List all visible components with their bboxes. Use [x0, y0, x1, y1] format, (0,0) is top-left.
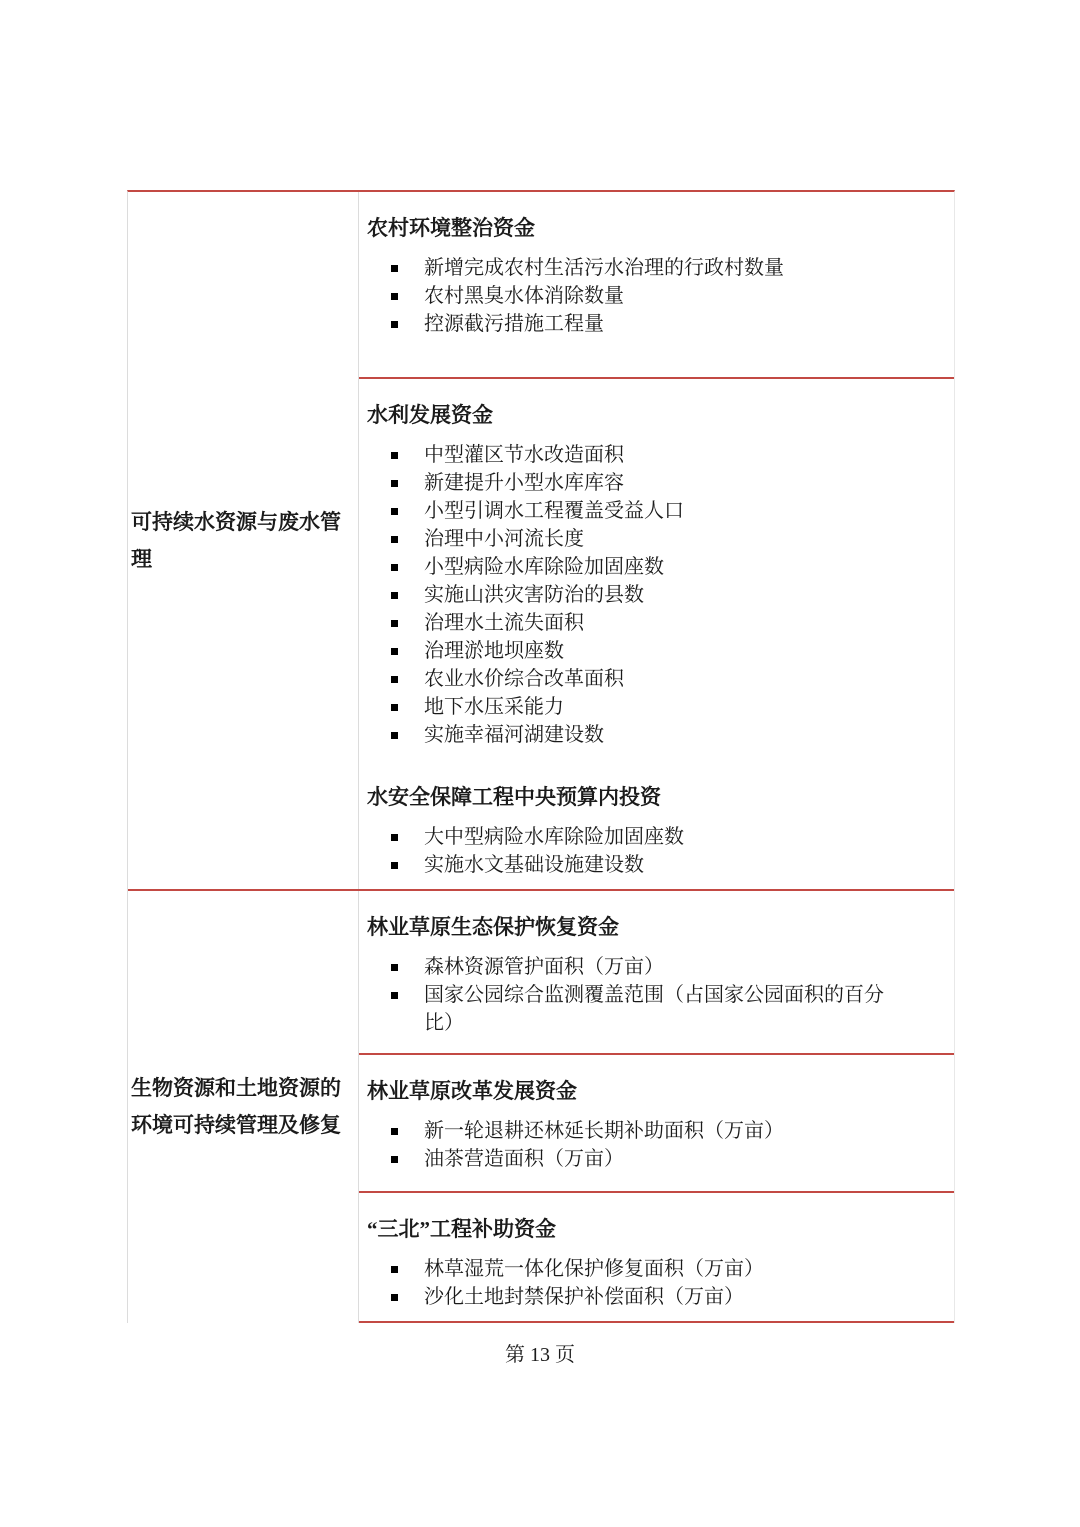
- fund-title: 农村环境整治资金: [367, 214, 940, 242]
- funds-column: 林业草原生态保护恢复资金森林资源管护面积（万亩）国家公园综合监测覆盖范围（占国家…: [359, 891, 954, 1323]
- indicator-list: 中型灌区节水改造面积新建提升小型水库库容小型引调水工程覆盖受益人口治理中小河流长…: [367, 441, 940, 749]
- indicator-list: 大中型病险水库除险加固座数实施水文基础设施建设数: [367, 823, 940, 879]
- funds-column: 农村环境整治资金新增完成农村生活污水治理的行政村数量农村黑臭水体消除数量控源截污…: [359, 192, 954, 889]
- fund-section: 林业草原改革发展资金新一轮退耕还林延长期补助面积（万亩）油茶营造面积（万亩）: [367, 1077, 940, 1173]
- fund-title: 水安全保障工程中央预算内投资: [367, 783, 940, 811]
- indicator-item: 实施水文基础设施建设数: [391, 851, 940, 879]
- indicator-text: 实施水文基础设施建设数: [424, 851, 644, 879]
- bullet-square-icon: [391, 648, 398, 655]
- indicator-item: 小型引调水工程覆盖受益人口: [391, 497, 940, 525]
- indicator-item: 农村黑臭水体消除数量: [391, 282, 940, 310]
- fund-title: “三北”工程补助资金: [367, 1215, 940, 1243]
- category-label: 可持续水资源与废水管理: [131, 504, 344, 578]
- indicator-text: 新增完成农村生活污水治理的行政村数量: [424, 254, 784, 282]
- category-label: 生物资源和土地资源的环境可持续管理及修复: [131, 1070, 344, 1144]
- bullet-square-icon: [391, 508, 398, 515]
- indicator-text: 小型引调水工程覆盖受益人口: [424, 497, 684, 525]
- indicator-item: 中型灌区节水改造面积: [391, 441, 940, 469]
- bullet-square-icon: [391, 265, 398, 272]
- indicator-text: 中型灌区节水改造面积: [424, 441, 624, 469]
- bullet-square-icon: [391, 480, 398, 487]
- indicator-text: 农村黑臭水体消除数量: [424, 282, 624, 310]
- indicator-text: 国家公园综合监测覆盖范围（占国家公园面积的百分比）: [424, 981, 894, 1037]
- indicator-text: 森林资源管护面积（万亩）: [424, 953, 664, 981]
- bullet-square-icon: [391, 862, 398, 869]
- indicator-item: 油茶营造面积（万亩）: [391, 1145, 940, 1173]
- indicator-item: 农业水价综合改革面积: [391, 665, 940, 693]
- bullet-square-icon: [391, 964, 398, 971]
- indicator-item: 控源截污措施工程量: [391, 310, 940, 338]
- bullet-square-icon: [391, 620, 398, 627]
- indicator-text: 大中型病险水库除险加固座数: [424, 823, 684, 851]
- bullet-square-icon: [391, 1294, 398, 1301]
- fund-section: 农村环境整治资金新增完成农村生活污水治理的行政村数量农村黑臭水体消除数量控源截污…: [367, 214, 940, 338]
- indicator-item: 林草湿荒一体化保护修复面积（万亩）: [391, 1255, 940, 1283]
- indicator-item: 新一轮退耕还林延长期补助面积（万亩）: [391, 1117, 940, 1145]
- bullet-square-icon: [391, 321, 398, 328]
- indicator-item: 沙化土地封禁保护补偿面积（万亩）: [391, 1283, 940, 1311]
- indicator-text: 沙化土地封禁保护补偿面积（万亩）: [424, 1283, 744, 1311]
- indicator-item: 大中型病险水库除险加固座数: [391, 823, 940, 851]
- indicator-text: 油茶营造面积（万亩）: [424, 1145, 624, 1173]
- table-row: 可持续水资源与废水管理农村环境整治资金新增完成农村生活污水治理的行政村数量农村黑…: [128, 192, 954, 889]
- indicator-item: 实施幸福河湖建设数: [391, 721, 940, 749]
- indicator-table: 可持续水资源与废水管理农村环境整治资金新增完成农村生活污水治理的行政村数量农村黑…: [127, 190, 955, 1323]
- bullet-square-icon: [391, 592, 398, 599]
- bullet-square-icon: [391, 834, 398, 841]
- indicator-item: 国家公园综合监测覆盖范围（占国家公园面积的百分比）: [391, 981, 940, 1037]
- indicator-text: 治理水土流失面积: [424, 609, 584, 637]
- indicator-item: 森林资源管护面积（万亩）: [391, 953, 940, 981]
- indicator-item: 治理水土流失面积: [391, 609, 940, 637]
- fund-section: 水安全保障工程中央预算内投资大中型病险水库除险加固座数实施水文基础设施建设数: [367, 783, 940, 879]
- indicator-item: 治理中小河流长度: [391, 525, 940, 553]
- fund-section: “三北”工程补助资金林草湿荒一体化保护修复面积（万亩）沙化土地封禁保护补偿面积（…: [367, 1215, 940, 1311]
- fund-cell: 林业草原生态保护恢复资金森林资源管护面积（万亩）国家公园综合监测覆盖范围（占国家…: [359, 891, 954, 1053]
- indicator-item: 新建提升小型水库库容: [391, 469, 940, 497]
- indicator-item: 地下水压采能力: [391, 693, 940, 721]
- indicator-text: 实施山洪灾害防治的县数: [424, 581, 644, 609]
- indicator-text: 治理中小河流长度: [424, 525, 584, 553]
- bullet-square-icon: [391, 732, 398, 739]
- indicator-item: 治理淤地坝座数: [391, 637, 940, 665]
- indicator-text: 治理淤地坝座数: [424, 637, 564, 665]
- fund-section: 水利发展资金中型灌区节水改造面积新建提升小型水库库容小型引调水工程覆盖受益人口治…: [367, 401, 940, 749]
- fund-cell: 农村环境整治资金新增完成农村生活污水治理的行政村数量农村黑臭水体消除数量控源截污…: [359, 192, 954, 377]
- category-cell: 生物资源和土地资源的环境可持续管理及修复: [128, 891, 359, 1323]
- indicator-list: 森林资源管护面积（万亩）国家公园综合监测覆盖范围（占国家公园面积的百分比）: [367, 953, 940, 1037]
- indicator-text: 小型病险水库除险加固座数: [424, 553, 664, 581]
- fund-cell: 林业草原改革发展资金新一轮退耕还林延长期补助面积（万亩）油茶营造面积（万亩）: [359, 1053, 954, 1191]
- indicator-item: 小型病险水库除险加固座数: [391, 553, 940, 581]
- indicator-item: 新增完成农村生活污水治理的行政村数量: [391, 254, 940, 282]
- bullet-square-icon: [391, 1128, 398, 1135]
- bullet-square-icon: [391, 704, 398, 711]
- indicator-text: 控源截污措施工程量: [424, 310, 604, 338]
- page-number: 第 13 页: [0, 1341, 1080, 1369]
- bullet-square-icon: [391, 564, 398, 571]
- bullet-square-icon: [391, 293, 398, 300]
- indicator-list: 新一轮退耕还林延长期补助面积（万亩）油茶营造面积（万亩）: [367, 1117, 940, 1173]
- bullet-square-icon: [391, 536, 398, 543]
- bullet-square-icon: [391, 452, 398, 459]
- indicator-text: 林草湿荒一体化保护修复面积（万亩）: [424, 1255, 764, 1283]
- fund-cell: “三北”工程补助资金林草湿荒一体化保护修复面积（万亩）沙化土地封禁保护补偿面积（…: [359, 1191, 954, 1321]
- category-cell: 可持续水资源与废水管理: [128, 192, 359, 889]
- bullet-square-icon: [391, 1156, 398, 1163]
- indicator-text: 实施幸福河湖建设数: [424, 721, 604, 749]
- bullet-square-icon: [391, 1266, 398, 1273]
- fund-section: 林业草原生态保护恢复资金森林资源管护面积（万亩）国家公园综合监测覆盖范围（占国家…: [367, 913, 940, 1037]
- fund-cell: 水利发展资金中型灌区节水改造面积新建提升小型水库库容小型引调水工程覆盖受益人口治…: [359, 377, 954, 889]
- fund-title: 水利发展资金: [367, 401, 940, 429]
- bullet-square-icon: [391, 676, 398, 683]
- fund-title: 林业草原改革发展资金: [367, 1077, 940, 1105]
- indicator-item: 实施山洪灾害防治的县数: [391, 581, 940, 609]
- bullet-square-icon: [391, 992, 398, 999]
- indicator-list: 新增完成农村生活污水治理的行政村数量农村黑臭水体消除数量控源截污措施工程量: [367, 254, 940, 338]
- indicator-text: 农业水价综合改革面积: [424, 665, 624, 693]
- fund-title: 林业草原生态保护恢复资金: [367, 913, 940, 941]
- indicator-text: 新建提升小型水库库容: [424, 469, 624, 497]
- indicator-list: 林草湿荒一体化保护修复面积（万亩）沙化土地封禁保护补偿面积（万亩）: [367, 1255, 940, 1311]
- table-row: 生物资源和土地资源的环境可持续管理及修复林业草原生态保护恢复资金森林资源管护面积…: [128, 889, 954, 1323]
- indicator-text: 新一轮退耕还林延长期补助面积（万亩）: [424, 1117, 784, 1145]
- indicator-text: 地下水压采能力: [424, 693, 564, 721]
